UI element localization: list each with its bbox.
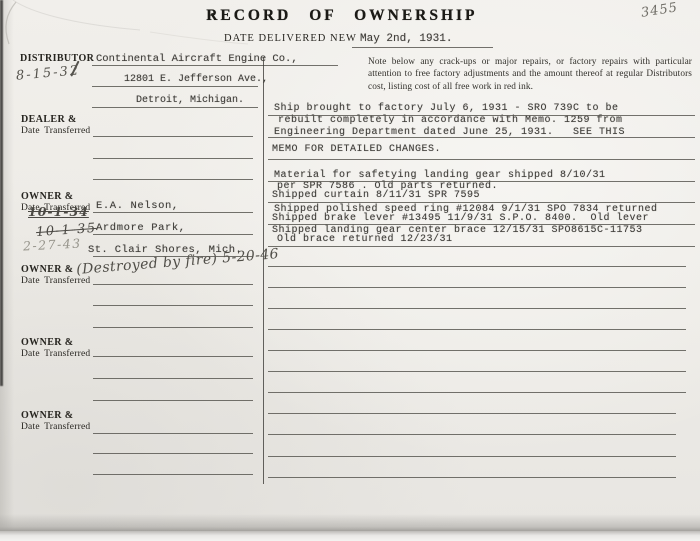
ruled-line bbox=[93, 453, 253, 454]
ruled-line bbox=[93, 433, 253, 434]
ruled-line bbox=[268, 434, 676, 435]
repair-note-line: MEMO FOR DETAILED CHANGES. bbox=[272, 145, 441, 155]
ruled-line bbox=[93, 305, 253, 306]
handwritten-transfer-date-struck: 10-1-34 bbox=[28, 206, 89, 219]
ruled-line bbox=[93, 378, 253, 379]
ruled-line bbox=[268, 350, 686, 351]
owner-sublabel: Date Transferred bbox=[21, 277, 90, 287]
ruled-line bbox=[93, 356, 253, 357]
ruled-line bbox=[268, 329, 686, 330]
ruled-line bbox=[93, 136, 253, 137]
owner-address-line1: Ardmore Park, bbox=[96, 223, 186, 234]
handwritten-transfer-date: 2-27-43 bbox=[23, 237, 82, 253]
distributor-address-line1: 12801 E. Jefferson Ave., bbox=[124, 75, 268, 85]
ruled-line bbox=[268, 287, 686, 288]
ruled-line bbox=[268, 224, 695, 225]
ruled-line bbox=[268, 115, 695, 116]
ruled-line bbox=[93, 179, 253, 180]
ruled-line bbox=[268, 371, 686, 372]
repair-note-line: Material for safetying landing gear ship… bbox=[274, 171, 606, 181]
ruled-line bbox=[93, 400, 253, 401]
ruled-line bbox=[93, 234, 253, 235]
ruled-line bbox=[268, 246, 695, 247]
record-of-ownership-scan: 3455 RECORD OF OWNERSHIP DATE DELIVERED … bbox=[0, 0, 700, 541]
instructions-note: Note below any crack-ups or major repair… bbox=[368, 56, 692, 93]
paper-bottom-shadow bbox=[0, 514, 700, 531]
ruled-line bbox=[93, 158, 253, 159]
ruled-line bbox=[92, 65, 338, 66]
ruled-line bbox=[268, 202, 695, 203]
ruled-line bbox=[352, 47, 493, 48]
ruled-line bbox=[92, 86, 258, 87]
dealer-sublabel: Date Transferred bbox=[21, 127, 90, 137]
ruled-line bbox=[268, 456, 676, 457]
distributor-name: Continental Aircraft Engine Co., bbox=[96, 54, 298, 65]
owner-name: E.A. Nelson, bbox=[96, 201, 179, 212]
ruled-line bbox=[268, 392, 686, 393]
owner-sublabel: Date Transferred bbox=[21, 350, 90, 360]
ruled-line bbox=[93, 474, 253, 475]
ruled-line bbox=[268, 181, 695, 182]
ruled-line bbox=[93, 327, 253, 328]
owner-label: OWNER & bbox=[21, 265, 74, 275]
distributor-label: DISTRIBUTOR bbox=[20, 54, 94, 64]
ruled-line bbox=[268, 477, 676, 478]
ruled-line bbox=[268, 308, 686, 309]
owner-sublabel: Date Transferred bbox=[21, 423, 90, 433]
ruled-line bbox=[92, 107, 258, 108]
owner-label: OWNER & bbox=[21, 338, 74, 348]
owner-label: OWNER & bbox=[21, 411, 74, 421]
distributor-address-line2: Detroit, Michigan. bbox=[136, 96, 244, 106]
ruled-line bbox=[268, 137, 695, 138]
page-title: RECORD OF OWNERSHIP bbox=[206, 8, 477, 24]
scan-bottom-edge bbox=[0, 531, 700, 541]
ruled-line bbox=[268, 159, 695, 160]
dealer-label: DEALER & bbox=[21, 115, 77, 125]
ruled-line bbox=[268, 413, 676, 414]
ruled-line bbox=[268, 266, 686, 267]
repair-note-line: Shipped brake lever #13495 11/9/31 S.P.O… bbox=[272, 214, 649, 224]
handwritten-ref-number: 3455 bbox=[640, 1, 679, 20]
ruled-line bbox=[93, 284, 253, 285]
column-divider bbox=[263, 57, 264, 484]
repair-note-line: Old brace returned 12/23/31 bbox=[277, 235, 453, 245]
ruled-line bbox=[93, 212, 253, 213]
repair-note-line: Shipped curtain 8/11/31 SPR 7595 bbox=[272, 191, 480, 201]
date-delivered-label: DATE DELIVERED NEW bbox=[224, 34, 357, 45]
repair-note-line: Ship brought to factory July 6, 1931 - S… bbox=[274, 104, 619, 114]
ruled-line bbox=[93, 256, 253, 257]
owner-label: OWNER & bbox=[21, 192, 74, 202]
repair-note-line: rebuilt completely in accordance with Me… bbox=[278, 116, 623, 126]
date-delivered-value: May 2nd, 1931. bbox=[360, 34, 452, 45]
